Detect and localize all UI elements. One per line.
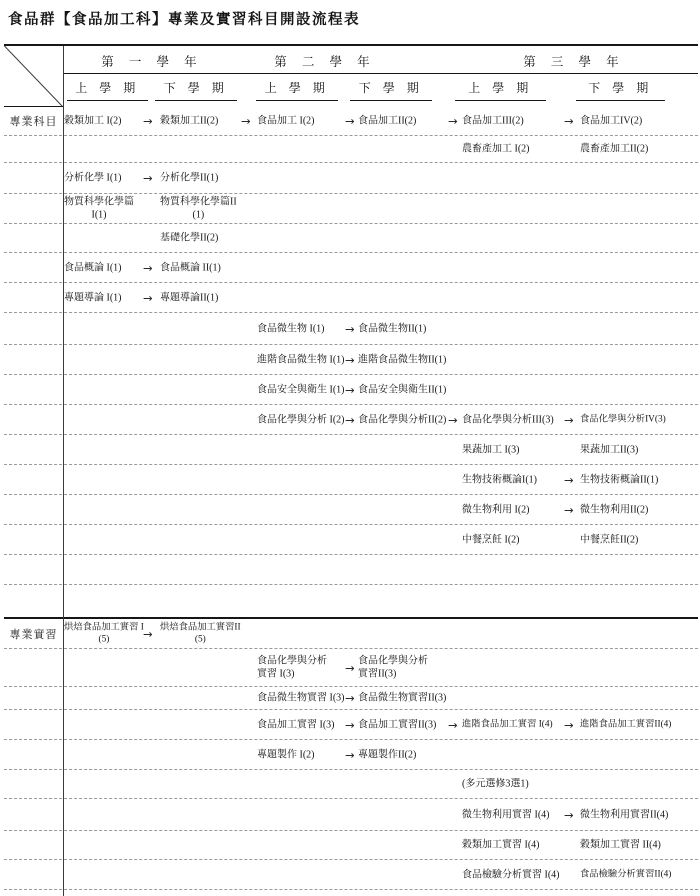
table-body: 專業科目穀類加工 I(2)→穀類加工II(2)→食品加工 I(2)→食品加工II… [4, 107, 698, 896]
table-header: 第 一 學 年第 二 學 年第 三 學 年 上 學 期下 學 期上 學 期下 學… [4, 46, 698, 107]
course-cell: 物質科學化學篇 I(1) [64, 195, 134, 222]
table-row: 生物技術概論I(1)→生物技術概論II(1) [4, 465, 698, 495]
course-cell: 微生物利用II(2) [580, 503, 648, 517]
section-1: 專業科目穀類加工 I(2)→穀類加工II(2)→食品加工 I(2)→食品加工II… [4, 107, 698, 617]
table-row [4, 555, 698, 585]
table-row: 微生物利用實習 I(4)→微生物利用實習II(4) [4, 799, 698, 831]
course-cell: 穀類加工II(2) [160, 114, 218, 128]
course-cell: 食品安全與衛生 I(1) [257, 383, 345, 397]
course-cell: 食品化學與分析IV(3) [580, 413, 666, 426]
semester-header-label: 下 學 期 [155, 76, 237, 101]
course-cell: 微生物利用實習 I(4) [462, 808, 550, 822]
table-row: 食品安全與衛生 I(1)→食品安全與衛生II(1) [4, 375, 698, 405]
course-cell: 食品檢驗分析實習II(4) [580, 868, 671, 881]
flow-arrow-icon: → [345, 413, 355, 427]
flow-arrow-icon: → [564, 808, 574, 822]
course-cell: 生物技術概論I(1) [462, 473, 537, 487]
course-cell: 基礎化學II(2) [160, 231, 218, 245]
curriculum-flow-page: { "title": "食品群【食品加工科】專業及實習科目開設流程表", "ar… [0, 0, 700, 896]
flow-arrow-icon: → [345, 322, 355, 336]
course-cell: 穀類加工實習 I(4) [462, 838, 540, 852]
course-cell: 食品微生物實習II(3) [358, 691, 446, 705]
flow-arrow-icon: → [448, 114, 458, 128]
semester-header-label: 上 學 期 [455, 76, 546, 101]
flow-arrow-icon: → [345, 383, 355, 397]
course-cell: 進階食品加工實習 I(4) [462, 718, 553, 731]
course-cell: 專題製作II(2) [358, 748, 416, 762]
table-row: 專業實習烘焙食品加工實習 I (5)→烘焙食品加工實習II (5) [4, 619, 698, 649]
course-cell: 食品加工實習 I(3) [257, 718, 335, 732]
course-cell: 進階食品微生物 I(1) [257, 353, 345, 367]
flow-arrow-icon: → [448, 718, 458, 732]
flow-arrow-icon: → [345, 718, 355, 732]
curriculum-table: 第 一 學 年第 二 學 年第 三 學 年 上 學 期下 學 期上 學 期下 學… [4, 44, 698, 896]
course-cell: 物質科學化學篇II (1) [160, 195, 237, 222]
flow-arrow-icon: → [143, 627, 153, 641]
semester-header-label: 下 學 期 [576, 76, 665, 101]
flow-arrow-icon: → [345, 661, 355, 675]
flow-arrow-icon: → [143, 261, 153, 275]
year-header-label: 第 一 學 年 [101, 52, 202, 70]
course-cell: 進階食品加工實習II(4) [580, 718, 671, 731]
table-row: 穀類加工實習 I(4)穀類加工實習 II(4) [4, 831, 698, 860]
year-header-label: 第 三 學 年 [523, 52, 624, 70]
course-cell: 烘焙食品加工實習 I (5) [64, 621, 144, 646]
flow-arrow-icon: → [564, 503, 574, 517]
table-row: 食品微生物實習 I(3)→食品微生物實習II(3) [4, 687, 698, 710]
semester-header-label: 上 學 期 [67, 76, 148, 101]
table-row: 專業科目穀類加工 I(2)→穀類加工II(2)→食品加工 I(2)→食品加工II… [4, 107, 698, 136]
semester-header-row: 上 學 期下 學 期上 學 期下 學 期上 學 期下 學 期 [63, 74, 698, 107]
table-row: 食品加工實習 I(3)→食品加工實習II(3)→進階食品加工實習 I(4)→進階… [4, 710, 698, 740]
table-row: 專題導論 I(1)→專題導論II(1) [4, 283, 698, 313]
course-cell: 食品化學與分析 實習 I(3) [257, 654, 327, 681]
course-cell: 食品加工 I(2) [257, 114, 315, 128]
table-row: 食品化學與分析 I(2)→食品化學與分析II(2)→食品化學與分析III(3)→… [4, 405, 698, 435]
flow-arrow-icon: → [143, 171, 153, 185]
course-cell: 農畜產加工II(2) [580, 142, 648, 156]
course-cell: 食品化學與分析III(3) [462, 413, 554, 427]
course-cell: 烘焙食品加工實習II (5) [160, 621, 241, 646]
year-header-label: 第 二 學 年 [274, 52, 375, 70]
course-cell: 食品概論 II(1) [160, 261, 221, 275]
table-row: 食品微生物 I(1)→食品微生物II(1) [4, 313, 698, 345]
table-row: 農畜產加工 I(2)農畜產加工II(2) [4, 136, 698, 163]
course-cell: 進階食品微生物II(1) [358, 353, 446, 367]
course-cell: (多元選修3選1) [462, 777, 529, 791]
table-row: 物質科學化學篇 I(1)物質科學化學篇II (1) [4, 194, 698, 224]
course-cell: 農畜產加工 I(2) [462, 142, 530, 156]
course-cell: 食品微生物II(1) [358, 322, 426, 336]
semester-header-label: 上 學 期 [256, 76, 338, 101]
flow-arrow-icon: → [345, 114, 355, 128]
year-header-row: 第 一 學 年第 二 學 年第 三 學 年 [63, 46, 698, 74]
course-cell: 穀類加工實習 II(4) [580, 838, 661, 852]
table-row: (多元選修3選1) [4, 770, 698, 799]
table-row [4, 585, 698, 617]
diagonal-line [4, 46, 63, 107]
table-row [4, 890, 698, 896]
table-row: 微生物利用 I(2)→微生物利用II(2) [4, 495, 698, 525]
course-cell: 食品檢驗分析實習 I(4) [462, 868, 560, 882]
table-row: 基礎化學II(2) [4, 224, 698, 253]
table-row: 果蔬加工 I(3)果蔬加工II(3) [4, 435, 698, 465]
semester-header-label: 下 學 期 [350, 76, 432, 101]
section-2: 專業實習烘焙食品加工實習 I (5)→烘焙食品加工實習II (5)食品化學與分析… [4, 617, 698, 896]
section-label: 專業科目 [4, 113, 63, 129]
course-cell: 食品概論 I(1) [64, 261, 122, 275]
flow-arrow-icon: → [345, 748, 355, 762]
flow-arrow-icon: → [564, 473, 574, 487]
flow-arrow-icon: → [564, 718, 574, 732]
table-row: 食品概論 I(1)→食品概論 II(1) [4, 253, 698, 283]
course-cell: 食品化學與分析 I(2) [257, 413, 345, 427]
flow-arrow-icon: → [564, 413, 574, 427]
course-cell: 專題製作 I(2) [257, 748, 315, 762]
flow-arrow-icon: → [241, 114, 251, 128]
page-title: 食品群【食品加工科】專業及實習科目開設流程表 [8, 8, 360, 29]
course-cell: 食品加工實習II(3) [358, 718, 436, 732]
course-cell: 微生物利用 I(2) [462, 503, 530, 517]
course-cell: 專題導論II(1) [160, 291, 218, 305]
table-row: 進階食品微生物 I(1)→進階食品微生物II(1) [4, 345, 698, 375]
flow-arrow-icon: → [143, 291, 153, 305]
course-cell: 果蔬加工II(3) [580, 443, 638, 457]
course-cell: 食品加工IV(2) [580, 114, 642, 128]
table-row: 專題製作 I(2)→專題製作II(2) [4, 740, 698, 770]
course-cell: 穀類加工 I(2) [64, 114, 122, 128]
course-cell: 分析化學 I(1) [64, 171, 122, 185]
course-cell: 食品加工II(2) [358, 114, 416, 128]
course-cell: 微生物利用實習II(4) [580, 808, 668, 822]
flow-arrow-icon: → [564, 114, 574, 128]
course-cell: 食品微生物實習 I(3) [257, 691, 345, 705]
course-cell: 專題導論 I(1) [64, 291, 122, 305]
course-cell: 分析化學II(1) [160, 171, 218, 185]
flow-arrow-icon: → [345, 353, 355, 367]
table-row: 食品化學與分析 實習 I(3)→食品化學與分析 實習II(3) [4, 649, 698, 687]
flow-arrow-icon: → [143, 114, 153, 128]
course-cell: 果蔬加工 I(3) [462, 443, 520, 457]
course-cell: 食品安全與衛生II(1) [358, 383, 446, 397]
table-row: 食品檢驗分析實習 I(4)食品檢驗分析實習II(4) [4, 860, 698, 890]
course-cell: 中餐烹飪II(2) [580, 533, 638, 547]
label-column-divider [63, 46, 64, 896]
course-cell: 食品加工III(2) [462, 114, 524, 128]
course-cell: 生物技術概論II(1) [580, 473, 658, 487]
course-cell: 食品微生物 I(1) [257, 322, 325, 336]
flow-arrow-icon: → [448, 413, 458, 427]
section-label: 專業實習 [4, 626, 63, 642]
course-cell: 食品化學與分析II(2) [358, 413, 446, 427]
flow-arrow-icon: → [345, 691, 355, 705]
table-row: 中餐烹飪 I(2)中餐烹飪II(2) [4, 525, 698, 555]
course-cell: 中餐烹飪 I(2) [462, 533, 520, 547]
course-cell: 食品化學與分析 實習II(3) [358, 654, 428, 681]
table-row: 分析化學 I(1)→分析化學II(1) [4, 163, 698, 194]
